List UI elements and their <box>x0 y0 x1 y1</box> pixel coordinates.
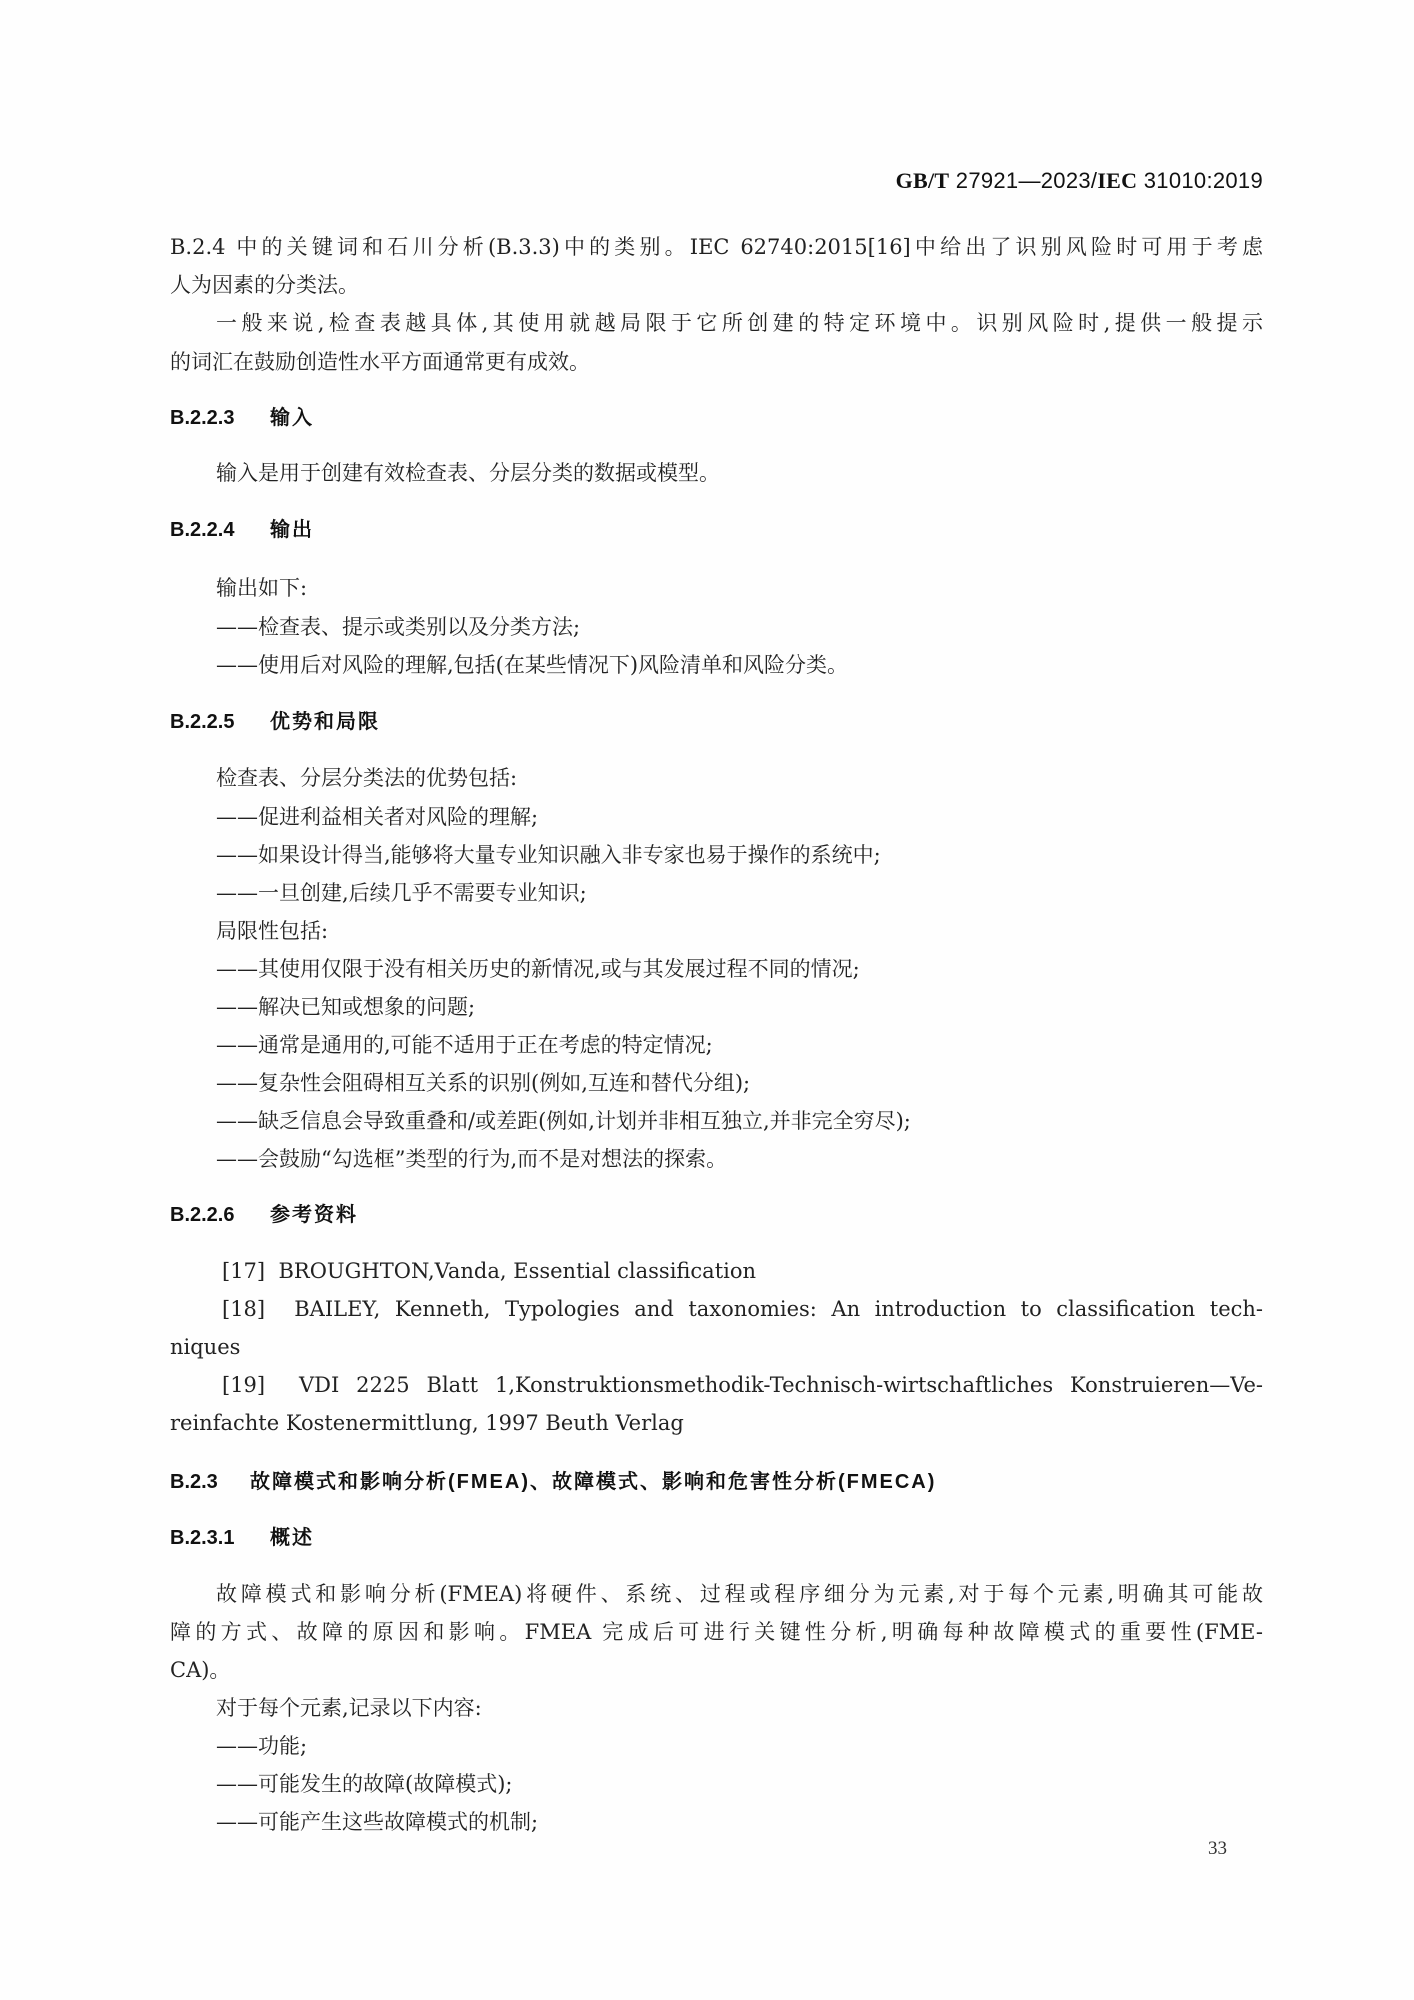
section-title: 优势和局限 <box>270 711 380 733</box>
reference-continuation: reinfachte Kostenermittlung, 1997 Beuth … <box>170 1408 1263 1438</box>
paragraph-line: 故障模式和影响分析(FMEA)将硬件、系统、过程或程序细分为元素,对于每个元素,… <box>216 1579 1263 1609</box>
list-item: ——功能; <box>216 1731 1263 1761</box>
paragraph-line: 人为因素的分类法。 <box>170 270 1263 300</box>
list-item: ——复杂性会阻碍相互关系的识别(例如,互连和替代分组); <box>216 1068 1263 1098</box>
section-heading-output: B.2.2.4输出 <box>170 515 314 545</box>
list-item: ——其使用仅限于没有相关历史的新情况,或与其发展过程不同的情况; <box>216 954 1263 984</box>
list-item: ——解决已知或想象的问题; <box>216 992 1263 1022</box>
section-number: B.2.2.4 <box>170 515 270 545</box>
section-heading-overview: B.2.3.1概述 <box>170 1523 314 1553</box>
list-item: ——通常是通用的,可能不适用于正在考虑的特定情况; <box>216 1030 1263 1060</box>
standard-number: 27921—2023/ <box>956 168 1098 193</box>
iec-number: 31010:2019 <box>1144 168 1263 193</box>
section-heading-strengths: B.2.2.5优势和局限 <box>170 707 380 737</box>
section-title: 故障模式和影响分析(FMEA)、故障模式、影响和危害性分析(FMECA) <box>250 1471 936 1493</box>
reference-text: BAILEY, Kenneth, Typologies and taxonomi… <box>294 1297 1263 1321</box>
list-item: ——使用后对风险的理解,包括(在某些情况下)风险清单和风险分类。 <box>216 650 1263 680</box>
paragraph-line: 输出如下: <box>216 573 1263 603</box>
reference-item: [17] BROUGHTON,Vanda, Essential classifi… <box>222 1256 1263 1286</box>
reference-id: [18] <box>222 1297 265 1321</box>
reference-id: [17] <box>222 1259 265 1283</box>
reference-item: [18] BAILEY, Kenneth, Typologies and tax… <box>222 1294 1263 1324</box>
section-number: B.2.3 <box>170 1467 250 1497</box>
iec-prefix: IEC <box>1097 168 1137 193</box>
list-item: ——一旦创建,后续几乎不需要专业知识; <box>216 878 1263 908</box>
list-item: ——检查表、提示或类别以及分类方法; <box>216 612 1263 642</box>
reference-text: BROUGHTON,Vanda, Essential classificatio… <box>278 1259 756 1283</box>
paragraph-line: 局限性包括: <box>216 916 1263 946</box>
paragraph-line: 对于每个元素,记录以下内容: <box>216 1693 1263 1723</box>
section-heading-references: B.2.2.6参考资料 <box>170 1200 358 1230</box>
standard-prefix: GB/T <box>896 168 950 193</box>
list-item: ——如果设计得当,能够将大量专业知识融入非专家也易于操作的系统中; <box>216 840 1263 870</box>
list-item: ——缺乏信息会导致重叠和/或差距(例如,计划并非相互独立,并非完全穷尽); <box>216 1106 1263 1136</box>
section-title: 输入 <box>270 407 314 429</box>
section-title: 输出 <box>270 519 314 541</box>
section-heading-fmea: B.2.3故障模式和影响分析(FMEA)、故障模式、影响和危害性分析(FMECA… <box>170 1467 936 1497</box>
page-number: 33 <box>1208 1838 1227 1860</box>
paragraph-line: 障的方式、故障的原因和影响。FMEA 完成后可进行关键性分析,明确每种故障模式的… <box>170 1617 1263 1647</box>
reference-continuation: niques <box>170 1332 1263 1362</box>
section-heading-input: B.2.2.3输入 <box>170 403 314 433</box>
paragraph-line: 输入是用于创建有效检查表、分层分类的数据或模型。 <box>216 458 1263 488</box>
standard-header: GB/T 27921—2023/IEC 31010:2019 <box>896 168 1263 194</box>
section-number: B.2.2.3 <box>170 403 270 433</box>
section-title: 参考资料 <box>270 1204 358 1226</box>
paragraph-line: 一般来说,检查表越具体,其使用就越局限于它所创建的特定环境中。识别风险时,提供一… <box>216 308 1263 338</box>
paragraph-line: CA)。 <box>170 1655 1263 1685</box>
list-item: ——可能发生的故障(故障模式); <box>216 1769 1263 1799</box>
paragraph-line: B.2.4 中的关键词和石川分析(B.3.3)中的类别。IEC 62740:20… <box>170 232 1263 262</box>
reference-text: VDI 2225 Blatt 1,Konstruktionsmethodik-T… <box>299 1373 1263 1397</box>
list-item: ——会鼓励“勾选框”类型的行为,而不是对想法的探索。 <box>216 1144 1263 1174</box>
list-item: ——促进利益相关者对风险的理解; <box>216 802 1263 832</box>
section-number: B.2.2.5 <box>170 707 270 737</box>
section-number: B.2.2.6 <box>170 1200 270 1230</box>
reference-item: [19] VDI 2225 Blatt 1,Konstruktionsmetho… <box>222 1370 1263 1400</box>
paragraph-line: 的词汇在鼓励创造性水平方面通常更有成效。 <box>170 347 1263 377</box>
section-number: B.2.3.1 <box>170 1523 270 1553</box>
section-title: 概述 <box>270 1527 314 1549</box>
paragraph-line: 检查表、分层分类法的优势包括: <box>216 763 1263 793</box>
list-item: ——可能产生这些故障模式的机制; <box>216 1807 1263 1837</box>
reference-id: [19] <box>222 1373 265 1397</box>
document-page: GB/T 27921—2023/IEC 31010:2019 B.2.4 中的关… <box>0 0 1414 2000</box>
